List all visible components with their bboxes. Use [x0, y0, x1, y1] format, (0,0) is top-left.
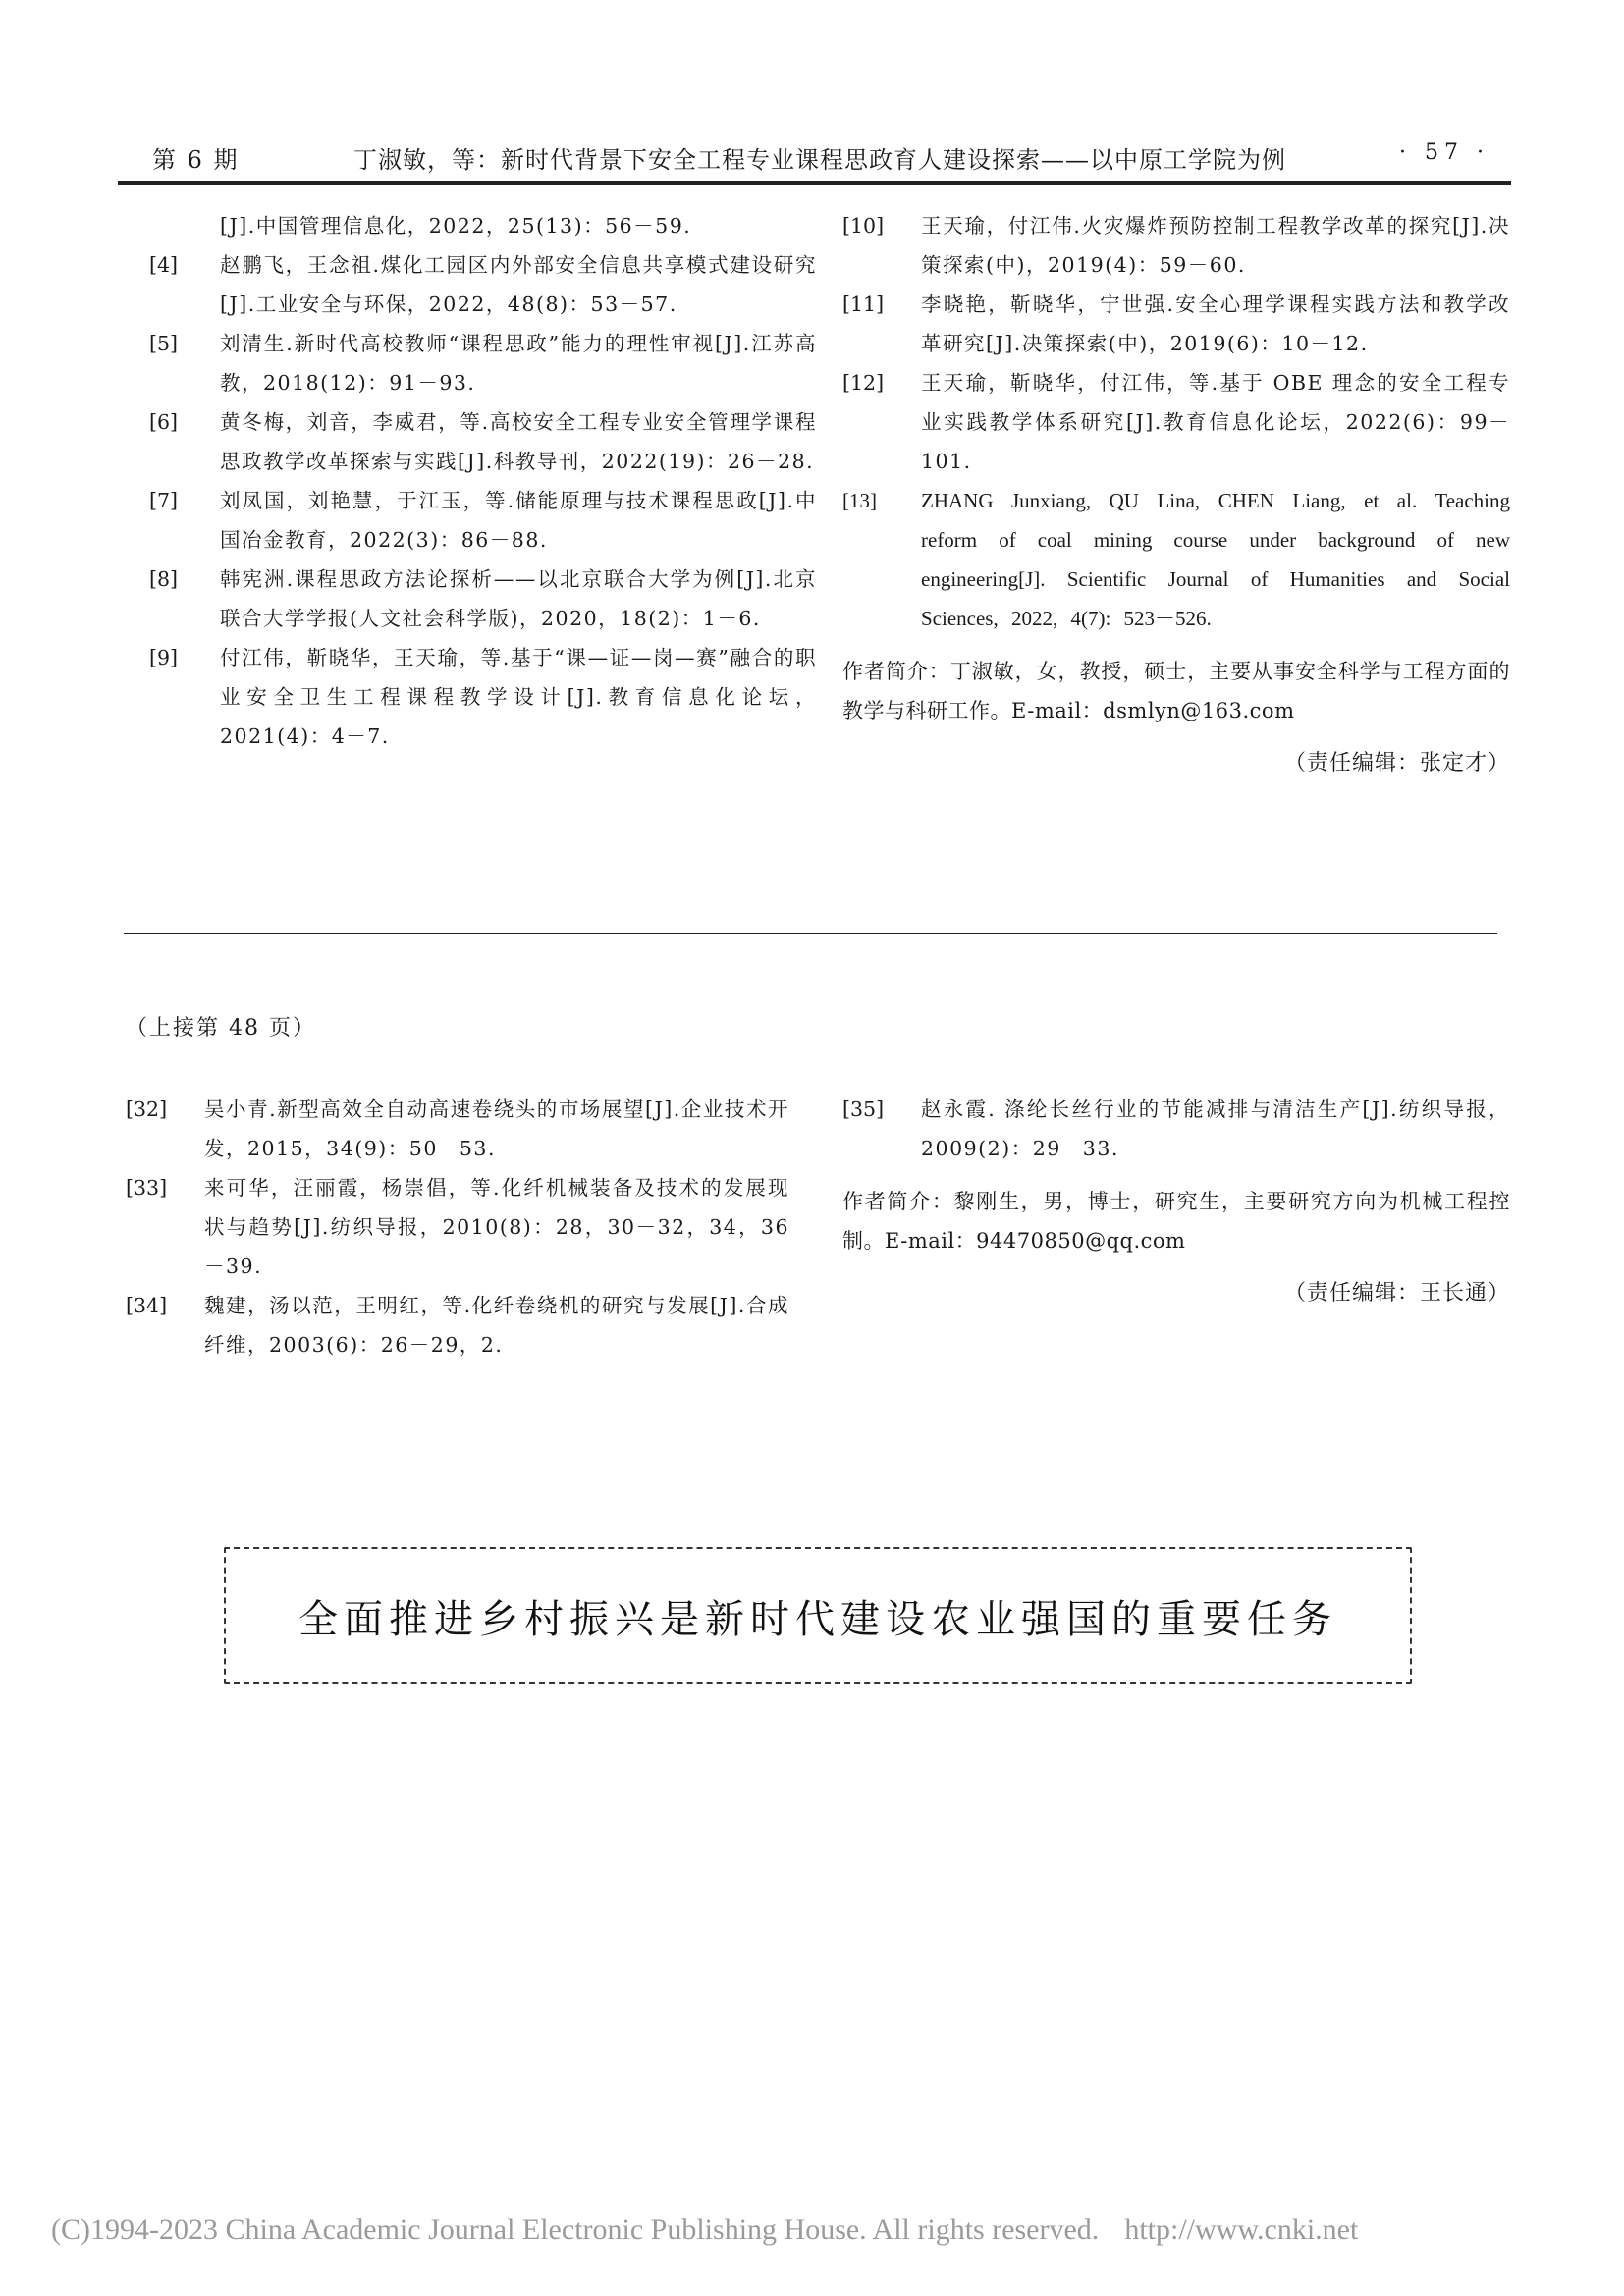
slogan-banner: 全面推进乡村振兴是新时代建设农业强国的重要任务	[224, 1547, 1412, 1684]
copyright-footer: (C)1994-2023 China Academic Journal Elec…	[51, 2214, 1358, 2247]
header-rule	[118, 181, 1511, 185]
author-bio: 作者简介：丁淑敏，女，教授，硕士，主要从事安全科学与工程方面的教学与科研工作。E…	[842, 652, 1510, 730]
reference-number: [7]	[149, 481, 178, 520]
reference-number: [32]	[126, 1090, 167, 1129]
references-right-lower: [35]赵永霞. 涤纶长丝行业的节能减排与清洁生产[J].纺织导报，2009(2…	[842, 1090, 1510, 1313]
reference-item: [7]刘凤国，刘艳慧，于江玉，等.储能原理与技术课程思政[J].中国冶金教育，2…	[149, 481, 817, 560]
references-left-lower: [32]吴小青.新型高效全自动高速卷绕头的市场展望[J].企业技术开发，2015…	[126, 1090, 789, 1364]
reference-item: [12]王天瑜，靳晓华，付江伟，等.基于 OBE 理念的安全工程专业实践教学体系…	[842, 363, 1510, 481]
reference-number: [6]	[149, 402, 178, 442]
reference-item: [10]王天瑜，付江伟.火灾爆炸预防控制工程教学改革的探究[J].决策探索(中)…	[842, 206, 1510, 285]
references-right-upper: [10]王天瑜，付江伟.火灾爆炸预防控制工程教学改革的探究[J].决策探索(中)…	[842, 206, 1510, 783]
reference-number: [9]	[149, 638, 178, 677]
reference-item: [5]刘清生.新时代高校教师“课程思政”能力的理性审视[J].江苏高教，2018…	[149, 324, 817, 402]
reference-item: [34]魏建，汤以范，王明红，等.化纤卷绕机的研究与发展[J].合成纤维，200…	[126, 1286, 789, 1364]
reference-number: [11]	[842, 285, 884, 324]
reference-number: [35]	[842, 1090, 884, 1129]
reference-item: [6]黄冬梅，刘音，李威君，等.高校安全工程专业安全管理学课程思政教学改革探索与…	[149, 402, 817, 481]
reference-item: [13]ZHANG Junxiang, QU Lina, CHEN Liang,…	[842, 481, 1510, 638]
reference-item: [32]吴小青.新型高效全自动高速卷绕头的市场展望[J].企业技术开发，2015…	[126, 1090, 789, 1168]
issue-number: 第 6 期	[152, 140, 240, 175]
reference-item: [33]来可华，汪丽霞，杨崇倡，等.化纤机械装备及技术的发展现状与趋势[J].纺…	[126, 1168, 789, 1286]
page-number: · 57 ·	[1399, 140, 1489, 165]
reference-item: [J].中国管理信息化，2022，25(13)：56－59.	[149, 206, 817, 245]
reference-number: [8]	[149, 560, 178, 599]
reference-item: [8]韩宪洲.课程思政方法论探析——以北京联合大学为例[J].北京联合大学学报(…	[149, 560, 817, 638]
section-divider	[124, 933, 1497, 934]
author-bio: 作者简介：黎刚生，男，博士，研究生，主要研究方向为机械工程控制。E-mail：9…	[842, 1182, 1510, 1260]
reference-item: [4]赵鹏飞，王念祖.煤化工园区内外部安全信息共享模式建设研究[J].工业安全与…	[149, 245, 817, 324]
reference-number: [4]	[149, 245, 178, 285]
reference-number: [34]	[126, 1286, 167, 1325]
cnki-link[interactable]: http://www.cnki.net	[1124, 2214, 1358, 2246]
responsible-editor: （责任编辑：张定才）	[842, 744, 1510, 783]
continued-from-note: （上接第 48 页）	[126, 1011, 316, 1041]
references-left-upper: [J].中国管理信息化，2022，25(13)：56－59. [4]赵鹏飞，王念…	[149, 206, 817, 756]
reference-item: [9]付江伟，靳晓华，王天瑜，等.基于“课—证—岗—赛”融合的职业安全卫生工程课…	[149, 638, 817, 756]
reference-item: [11]李晓艳，靳晓华，宁世强.安全心理学课程实践方法和教学改革研究[J].决策…	[842, 285, 1510, 363]
slogan-text: 全面推进乡村振兴是新时代建设农业强国的重要任务	[298, 1588, 1337, 1644]
reference-item: [35]赵永霞. 涤纶长丝行业的节能减排与清洁生产[J].纺织导报，2009(2…	[842, 1090, 1510, 1168]
responsible-editor: （责任编辑：王长通）	[842, 1274, 1510, 1313]
reference-number: [13]	[842, 481, 877, 520]
reference-number: [33]	[126, 1168, 167, 1207]
reference-number: [10]	[842, 206, 884, 245]
reference-number: [12]	[842, 363, 884, 402]
copyright-text: (C)1994-2023 China Academic Journal Elec…	[51, 2214, 1099, 2246]
reference-number: [5]	[149, 324, 178, 363]
running-title: 丁淑敏，等：新时代背景下安全工程专业课程思政育人建设探索——以中原工学院为例	[353, 140, 1286, 175]
